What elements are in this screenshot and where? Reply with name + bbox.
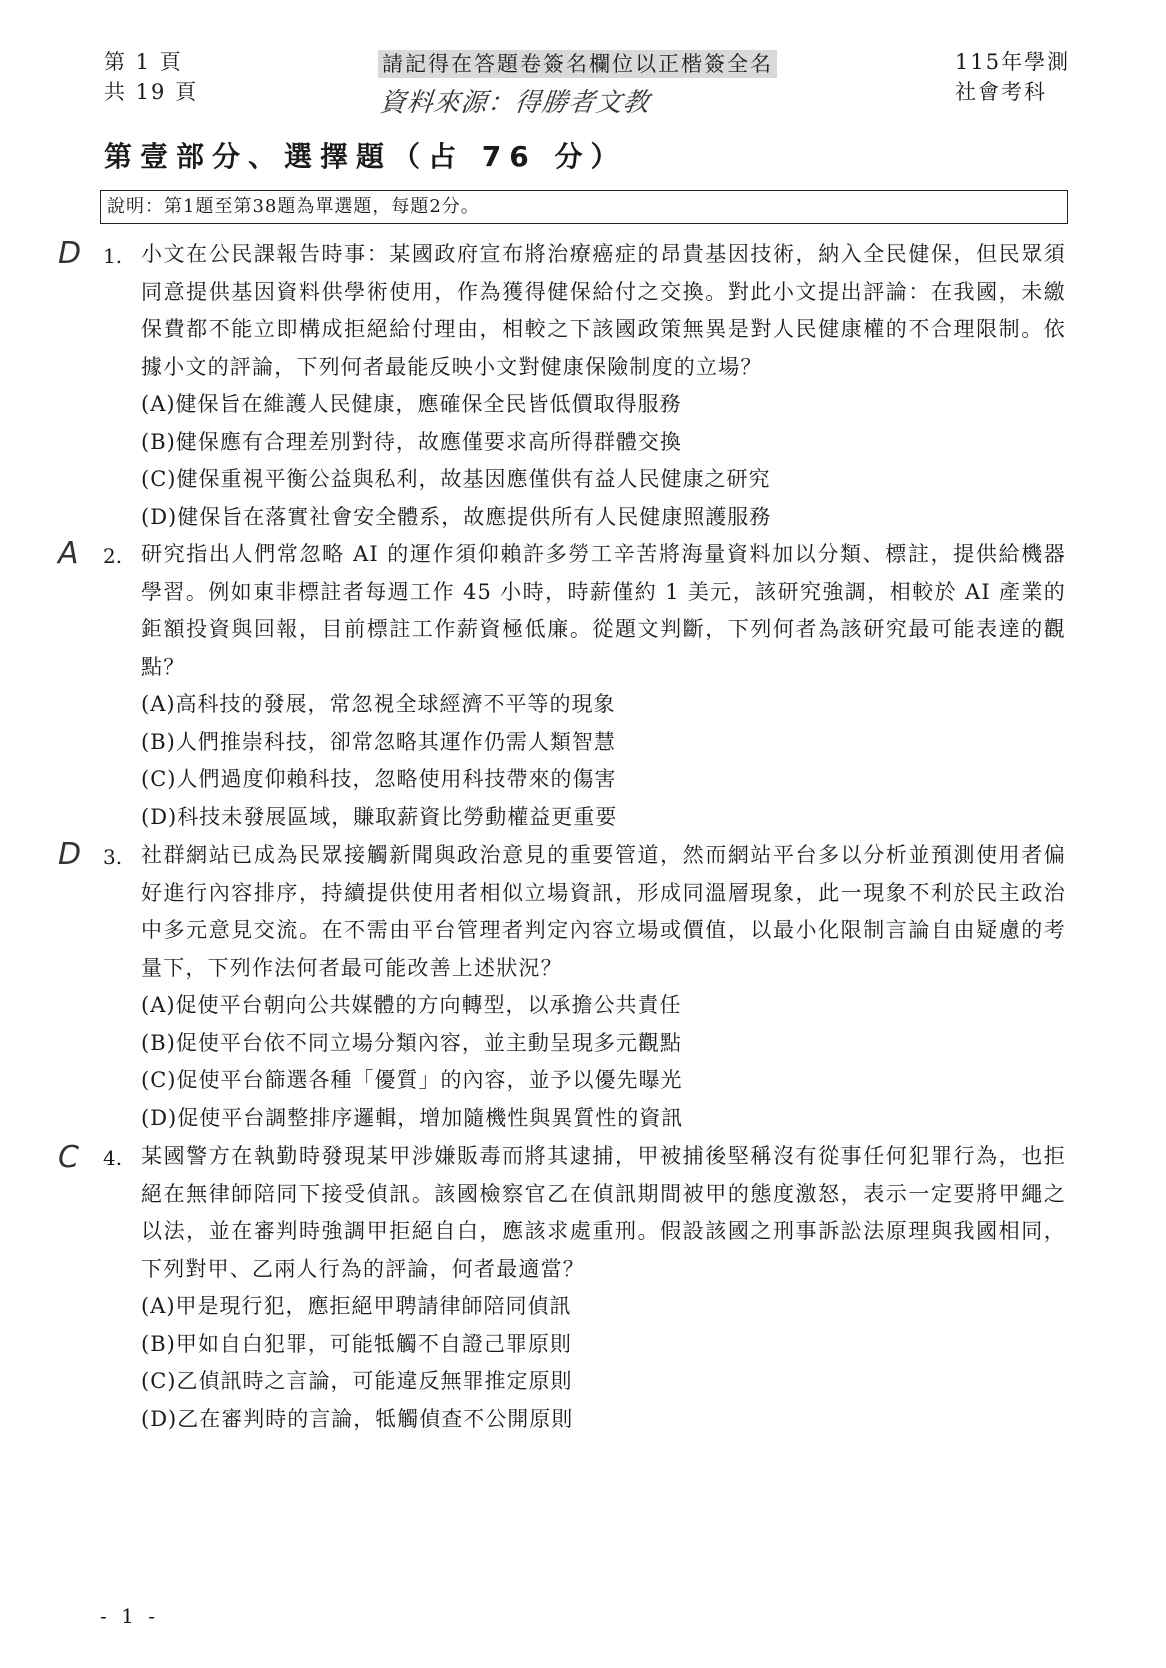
option-a: (A)促使平台朝向公共媒體的方向轉型，以承擔公共責任 xyxy=(141,987,683,1025)
exam-info: 115年學測 社會考科 xyxy=(955,47,1070,107)
question-stem: 研究指出人們常忽略 AI 的運作須仰賴許多勞工辛苦將海量資料加以分類、標註，提供… xyxy=(141,536,1066,686)
option-d: (D)乙在審判時的言論，牴觸偵查不公開原則 xyxy=(141,1401,573,1439)
option-a: (A)高科技的發展，常忽視全球經濟不平等的現象 xyxy=(141,686,617,724)
current-page: 第 1 頁 xyxy=(104,47,198,77)
option-a: (A)健保旨在維護人民健康，應確保全民皆低價取得服務 xyxy=(141,386,771,424)
question-number: 4. xyxy=(103,1146,122,1170)
question-number: 2. xyxy=(103,544,122,568)
option-list: (A)促使平台朝向公共媒體的方向轉型，以承擔公共責任 (B)促使平台依不同立場分… xyxy=(141,987,683,1137)
section-title: 第壹部分、選擇題（占 76 分） xyxy=(104,135,626,175)
question-number: 3. xyxy=(103,845,122,869)
exam-year: 115年學測 xyxy=(955,47,1070,77)
question-stem: 某國警方在執勤時發現某甲涉嫌販毒而將其逮捕，甲被捕後堅稱沒有從事任何犯罪行為，也… xyxy=(141,1138,1066,1288)
signature-notice: 請記得在答題卷簽名欄位以正楷簽全名 xyxy=(378,50,777,78)
page-indicator: 第 1 頁 共 19 頁 xyxy=(104,47,198,107)
option-a: (A)甲是現行犯，應拒絕甲聘請律師陪同偵訊 xyxy=(141,1288,573,1326)
page-number: - 1 - xyxy=(100,1604,159,1628)
option-list: (A)高科技的發展，常忽視全球經濟不平等的現象 (B)人們推崇科技，卻常忽略其運… xyxy=(141,686,617,836)
question-stem: 小文在公民課報告時事：某國政府宣布將治療癌症的昂貴基因技術，納入全民健保，但民眾… xyxy=(141,236,1066,386)
option-c: (C)促使平台篩選各種「優質」的內容，並予以優先曝光 xyxy=(141,1062,683,1100)
option-b: (B)健保應有合理差別對待，故應僅要求高所得群體交換 xyxy=(141,424,771,462)
instruction-box: 說明：第1題至第38題為單選題，每題2分。 xyxy=(100,190,1068,224)
option-list: (A)健保旨在維護人民健康，應確保全民皆低價取得服務 (B)健保應有合理差別對待… xyxy=(141,386,771,536)
option-d: (D)促使平台調整排序邏輯，增加隨機性與異質性的資訊 xyxy=(141,1100,683,1138)
question-number: 1. xyxy=(103,244,122,268)
option-list: (A)甲是現行犯，應拒絕甲聘請律師陪同偵訊 (B)甲如自白犯罪，可能牴觸不自證己… xyxy=(141,1288,573,1438)
option-d: (D)健保旨在落實社會安全體系，故應提供所有人民健康照護服務 xyxy=(141,499,771,537)
option-b: (B)促使平台依不同立場分類內容，並主動呈現多元觀點 xyxy=(141,1025,683,1063)
option-c: (C)人們過度仰賴科技，忽略使用科技帶來的傷害 xyxy=(141,761,617,799)
option-b: (B)甲如自白犯罪，可能牴觸不自證己罪原則 xyxy=(141,1326,573,1364)
handwritten-answer: D xyxy=(58,236,81,271)
total-pages: 共 19 頁 xyxy=(104,77,198,107)
option-c: (C)乙偵訊時之言論，可能違反無罪推定原則 xyxy=(141,1363,573,1401)
option-c: (C)健保重視平衡公益與私利，故基因應僅供有益人民健康之研究 xyxy=(141,461,771,499)
handwritten-source-note: 資料來源：得勝者文教 xyxy=(378,82,652,119)
handwritten-answer: A xyxy=(58,536,79,571)
handwritten-answer: C xyxy=(58,1140,79,1175)
option-b: (B)人們推崇科技，卻常忽略其運作仍需人類智慧 xyxy=(141,724,617,762)
question-stem: 社群網站已成為民眾接觸新聞與政治意見的重要管道，然而網站平台多以分析並預測使用者… xyxy=(141,837,1066,987)
exam-subject: 社會考科 xyxy=(955,77,1070,107)
option-d: (D)科技未發展區域，賺取薪資比勞動權益更重要 xyxy=(141,799,617,837)
handwritten-answer: D xyxy=(58,837,81,872)
